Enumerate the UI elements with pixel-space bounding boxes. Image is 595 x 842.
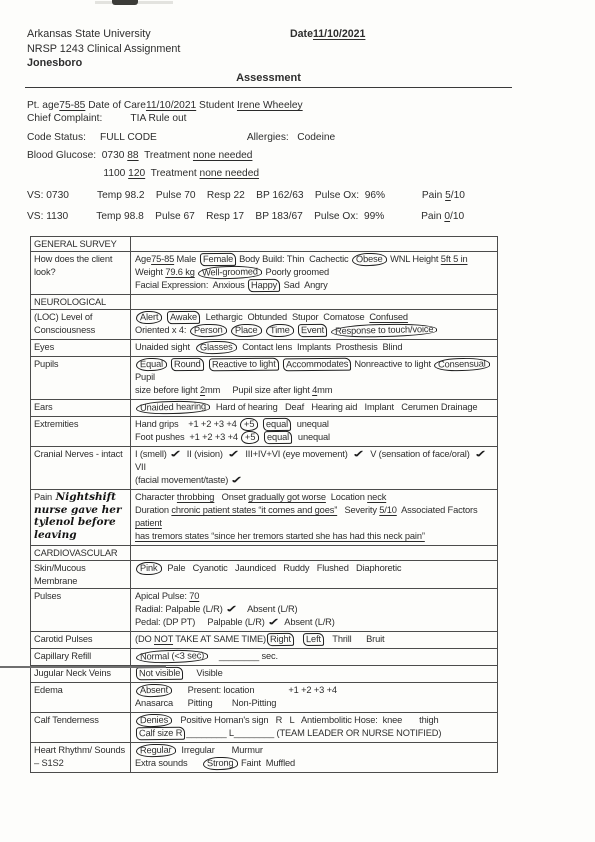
row-label-text: CARDIOVASCULAR [34,548,117,558]
circled-selection: Obese [352,253,387,266]
checkmark-icon: ✓ [351,448,367,462]
underlined-value: patient [135,518,162,528]
checkmark-icon: ✓ [473,448,489,462]
row-content: Hand grips +1 +2 +3 +4 +5 equal unequalF… [131,417,497,446]
content-line: Apical Pulse: 70 [135,590,495,603]
row-content: Unaided sight Glasses Contact lens Impla… [131,340,497,356]
row-content: Not visible Visible [131,666,497,682]
boxed-selection: equal [263,418,291,431]
row-pulses: PulsesApical Pulse: 70Radial: Palpable (… [31,589,497,632]
content-line: Anasarca Pitting Non-Pitting [135,697,495,710]
row-content: Pink Pale Cyanotic Jaundiced Ruddy Flush… [131,561,497,588]
row-label: Pain Nightshift nurse gave her tylenol b… [31,490,131,545]
code-status-line: Code Status: FULL CODE Allergies: Codein… [27,131,587,144]
row-label-text: Ears [34,402,53,412]
row-content [131,295,497,309]
text-segment [259,419,261,429]
text-segment: Thrill Bruit [325,634,384,644]
underlined-value: neck [367,492,386,502]
row-jugular-veins: Jugular Neck VeinsNot visible Visible [31,666,497,683]
circled-selection: Place [231,324,262,337]
content-line: Unaided sight Glasses Contact lens Impla… [135,341,495,354]
row-label-text: Eyes [34,342,54,352]
row-label: Pupils [31,357,131,399]
row-eyes: EyesUnaided sight Glasses Contact lens I… [31,340,497,357]
vitals-line-0730: VS: 0730 Temp 98.2 Pulse 70 Resp 22 BP 1… [27,189,587,202]
boxed-selection: Female [199,253,235,266]
row-heart-rhythm: Heart Rhythm/ Sounds – S1S2Regular Irreg… [31,743,497,772]
blood-glucose-line-0730: Blood Glucose: 0730 88 Treatment none ne… [27,149,587,162]
row-label-text: Skin/Mucous Membrane [34,563,86,586]
row-label: Calf Tenderness [31,713,131,742]
chief-complaint-line: Chief Complaint: TIA Rule out [27,112,587,125]
checkmark-icon: ✓ [223,603,239,617]
row-pain: Pain Nightshift nurse gave her tylenol b… [31,490,497,546]
circled-selection: Time [266,324,294,337]
row-calf-tenderness: Calf TendernessDenies Positive Homan's s… [31,713,497,743]
text-segment [261,432,263,442]
underlined-value: none needed [193,150,253,161]
row-content: Apical Pulse: 70Radial: Palpable (L/R)✓ … [131,589,497,631]
scanned-assessment-form: Arkansas State University NRSP 1243 Clin… [0,0,595,842]
content-line: Pink Pale Cyanotic Jaundiced Ruddy Flush… [135,562,495,575]
text-segment: Poorly groomed [263,267,329,277]
text-segment: VS: 0730 Temp 98.2 Pulse 70 Resp 22 BP 1… [27,190,445,201]
row-content: (DO NOT TAKE AT SAME TIME)Right Left Thr… [131,632,497,648]
text-segment: unequal [293,432,330,442]
row-label: CARDIOVASCULAR [31,546,131,560]
content-line: Regular Irregular Murmur [135,744,495,757]
text-segment: Student [196,100,237,111]
row-cardiovascular: CARDIOVASCULAR [31,546,497,561]
row-label: Extremities [31,417,131,446]
text-segment: Present: location +1 +2 +3 +4 [173,685,337,695]
text-segment: Oriented x 4: [135,325,189,335]
text-segment [294,325,296,335]
content-line: Not visible Visible [135,667,495,680]
text-segment: III+IV+VI (eye movement) [243,449,350,459]
text-segment: ________ L________ (TEAM LEADER OR NURSE… [186,728,441,738]
content-line: Alert Awake Lethargic Obtunded Stupor Co… [135,311,495,324]
row-label: Pulses [31,589,131,631]
content-line: Radial: Palpable (L/R)✓ Absent (L/R) [135,603,495,616]
text-segment: Sad Angry [281,280,327,290]
underlined-value: 79.6 kg [165,267,194,277]
content-line: Calf size R________ L________ (TEAM LEAD… [135,727,495,740]
row-content: Age75-85 Male Female Body Build: Thin Ca… [131,252,497,294]
text-segment: Pt. age [27,100,59,111]
circled-selection: Absent [136,684,172,697]
checkmark-icon: ✓ [229,474,245,488]
content-line: Oriented x 4: Person Place Time Event Re… [135,324,495,337]
row-label-text: Calf Tenderness [34,715,99,725]
text-segment [279,359,281,369]
row-label-text: Heart Rhythm/ Sounds – S1S2 [34,745,125,768]
content-line: Foot pushes +1 +2 +3 +4 +5 equal unequal [135,431,495,444]
row-content [131,546,497,560]
content-line: Denies Positive Homan's sign R L Antiemb… [135,714,495,727]
content-line: Absent Present: location +1 +2 +3 +4 [135,684,495,697]
circled-selection: Response to touch/voice [331,323,438,338]
text-segment: ________ sec. [209,651,278,661]
text-segment: 1100 [27,168,128,179]
text-segment: Chief Complaint: TIA Rule out [27,113,187,124]
row-content: Equal Round Reactive to light Accommodat… [131,357,497,399]
row-general-survey: GENERAL SURVEY [31,237,497,252]
text-segment: Date of Care [85,100,146,111]
underlined-value: throbbing [177,492,214,502]
text-segment: Treatment [139,150,193,161]
text-segment: Anasarca Pitting Non-Pitting [135,698,276,708]
underlined-value: 120 [128,168,145,179]
checkmark-icon: ✓ [266,616,282,630]
row-pupils: PupilsEqual Round Reactive to light Acco… [31,357,497,400]
patient-info-line: Pt. age75-85 Date of Care11/10/2021 Stud… [27,99,587,112]
text-segment: II (vision) [184,449,225,459]
row-extremities: ExtremitiesHand grips +1 +2 +3 +4 +5 equ… [31,417,497,447]
content-line: Hand grips +1 +2 +3 +4 +5 equal unequal [135,418,495,431]
info-block: Pt. age75-85 Date of Care11/10/2021 Stud… [27,99,587,223]
underlined-value: gradually got worse [248,492,326,502]
content-line: (DO NOT TAKE AT SAME TIME)Right Left Thr… [135,633,495,646]
text-segment: size before light [135,385,200,395]
content-line: Weight 79.6 kg Well-groomed Poorly groom… [135,266,495,279]
text-segment: Facial Expression: Anxious [135,280,247,290]
underlined-value: none needed [200,168,260,179]
underlined-value: 70 [189,591,199,601]
row-label-text: NEUROLOGICAL [34,297,106,307]
circled-selection: +5 [241,431,260,444]
text-segment: V (sensation of face/oral) [368,449,472,459]
text-segment: Weight [135,267,165,277]
row-label-text: Extremities [34,419,78,429]
text-segment [227,325,229,335]
row-content: Character throbbing Onset gradually got … [131,490,497,545]
date-field: Date11/10/2021 [290,28,365,40]
row-label: Carotid Pulses [31,632,131,648]
row-label: Jugular Neck Veins [31,666,131,682]
underlined-value: chronic patient states “it comes and goe… [171,505,337,515]
assessment-table: GENERAL SURVEYHow does the client look?A… [30,236,498,773]
text-segment: Duration [135,505,171,515]
text-segment: Extra sounds [135,758,202,768]
text-segment: VS: 1130 Temp 98.8 Pulse 67 Resp 17 BP 1… [27,211,444,222]
text-segment: Pale Cyanotic Jaundiced Ruddy Flushed Di… [163,563,402,573]
text-segment: Blood Glucose: 0730 [27,150,127,161]
text-segment: Absent (L/R) [240,604,297,614]
circled-selection: Consensual [434,357,490,371]
row-label: Capillary Refill [31,649,131,665]
circled-selection: Equal [136,358,167,371]
row-ears: EarsUnaided hearing Hard of hearing Deaf… [31,400,497,417]
circled-selection: Alert [136,311,163,324]
underlined-value: NOT [154,634,173,644]
underlined-value: 88 [127,150,138,161]
row-label: Ears [31,400,131,416]
row-content: Denies Positive Homan's sign R L Antiemb… [131,713,497,742]
circled-selection: Regular [136,744,176,757]
text-segment: (facial movement/taste) [135,475,228,485]
text-segment: TAKE AT SAME TIME) [173,634,266,644]
boxed-selection: Round [171,358,204,371]
boxed-selection: Event [298,324,327,337]
text-segment: Pedal: (DP PT) Palpable (L/R) [135,617,265,627]
row-label: Cranial Nerves - intact [31,447,131,489]
row-label-text: Pupils [34,359,58,369]
blood-glucose-line-1100: 1100 120 Treatment none needed [27,167,587,180]
circled-selection: Glasses [196,341,237,354]
content-line: (facial movement/taste)✓ [135,474,495,487]
checkmark-icon: ✓ [167,448,183,462]
campus-name: Jonesboro [27,56,180,71]
boxed-selection: Right [267,633,294,646]
text-segment: mm Pupil size after light [205,385,312,395]
text-segment [295,634,302,644]
content-line: I (smell)✓ II (vision) ✓ III+IV+VI (eye … [135,448,495,474]
row-content: Absent Present: location +1 +2 +3 +4Anas… [131,683,497,712]
row-label: (LOC) Level of Consciousness [31,310,131,339]
form-header: Arkansas State University NRSP 1243 Clin… [27,27,180,71]
boxed-selection: Not visible [136,667,183,680]
text-segment: (DO [135,634,154,644]
text-segment: Foot pushes +1 +2 +3 +4 [135,432,240,442]
row-label-text: Cranial Nerves - intact [34,449,123,459]
content-line: Facial Expression: Anxious Happy Sad Ang… [135,279,495,292]
text-segment: Positive Homan's sign R L Antiembolitic … [173,715,439,725]
row-label-text: Pain [34,492,52,502]
text-segment [163,312,165,322]
row-capillary-refill: Capillary RefillNormal (<3 sec) ________… [31,649,497,666]
circled-selection: Well-groomed [198,265,262,279]
row-edema: EdemaAbsent Present: location +1 +2 +3 +… [31,683,497,713]
row-neurological: NEUROLOGICAL [31,295,497,310]
boxed-selection: Left [303,633,324,646]
text-segment: I (smell) [135,449,167,459]
text-segment: Code Status: FULL CODE Allergies: Codein… [27,132,335,143]
row-content: Unaided hearing Hard of hearing Deaf Hea… [131,400,497,416]
row-content: Regular Irregular MurmurExtra sounds Str… [131,743,497,772]
row-content: Normal (<3 sec) ________ sec. [131,649,497,665]
row-content: I (smell)✓ II (vision) ✓ III+IV+VI (eye … [131,447,497,489]
text-segment [328,325,330,335]
text-segment: Visible [184,668,222,678]
content-line: size before light 2mm Pupil size after l… [135,384,495,397]
row-label-text: Jugular Neck Veins [34,668,111,678]
row-label: Heart Rhythm/ Sounds – S1S2 [31,743,131,772]
row-label: GENERAL SURVEY [31,237,131,251]
row-label-text: Pulses [34,591,61,601]
row-label: How does the client look? [31,252,131,294]
boxed-selection: Calf size R [136,727,185,740]
scan-mark-artifact [112,0,138,5]
row-content: Alert Awake Lethargic Obtunded Stupor Co… [131,310,497,339]
circled-selection: Pink [136,562,162,575]
row-label-text: GENERAL SURVEY [34,239,117,249]
form-title: Assessment [25,72,512,88]
text-segment [195,267,197,277]
text-segment: Contact lens Implants Prosthesis Blind [237,342,402,352]
row-loc: (LOC) Level of ConsciousnessAlert Awake … [31,310,497,340]
text-segment [205,359,207,369]
row-label-text: Carotid Pulses [34,634,92,644]
underlined-value: has tremors states “since her tremors st… [135,531,425,541]
school-name: Arkansas State University [27,27,180,42]
row-label: NEUROLOGICAL [31,295,131,309]
text-segment: Associated Factors [397,505,480,515]
boxed-selection: Awake [167,311,200,324]
content-line: Pedal: (DP PT) Palpable (L/R)✓ Absent (L… [135,616,495,629]
underlined-value: Irene Wheeley [237,100,303,111]
row-label: Skin/Mucous Membrane [31,561,131,588]
row-cranial-nerves: Cranial Nerves - intactI (smell)✓ II (vi… [31,447,497,490]
content-line: Extra sounds Strong Faint Muffled [135,757,495,770]
text-segment: Irregular Murmur [177,745,263,755]
course-name: NRSP 1243 Clinical Assignment [27,42,180,57]
text-segment: Radial: Palpable (L/R) [135,604,223,614]
circled-selection: Unaided hearing [136,400,210,414]
boxed-selection: Reactive to light [208,358,278,371]
row-content [131,237,497,251]
row-label-text: Edema [34,685,63,695]
circled-selection: +5 [240,418,259,431]
text-segment: Unaided sight [135,342,195,352]
checkmark-icon: ✓ [226,448,242,462]
scan-line-artifact [0,666,166,668]
text-segment: Character [135,492,177,502]
text-segment: /10 [451,190,465,201]
form-title-text: Assessment [236,72,301,84]
content-line: Character throbbing Onset gradually got … [135,491,495,504]
boxed-selection: Happy [248,279,280,292]
row-label-text: How does the client look? [34,254,112,277]
row-label: Eyes [31,340,131,356]
row-label-text: (LOC) Level of Consciousness [34,312,95,335]
underlined-value: 5/10 [379,505,397,515]
row-label: Edema [31,683,131,712]
text-segment: /10 [450,211,464,222]
row-label-text: Capillary Refill [34,651,91,661]
content-line: Duration chronic patient states “it come… [135,504,495,530]
underlined-value: 75-85 [59,100,85,111]
text-segment: Faint Muffled [239,758,296,768]
vitals-line-1130: VS: 1130 Temp 98.8 Pulse 67 Resp 17 BP 1… [27,210,587,223]
underlined-value: 11/10/2021 [146,100,196,111]
content-line: has tremors states “since her tremors st… [135,530,495,543]
text-segment: Treatment [145,168,199,179]
text-segment: Location [326,492,367,502]
text-segment: Lethargic Obtunded Stupor Comatose [201,312,370,322]
content-line: Equal Round Reactive to light Accommodat… [135,358,495,384]
circled-selection: Normal (<3 sec) [136,649,208,663]
content-line: Normal (<3 sec) ________ sec. [135,650,495,663]
text-segment: Severity [337,505,379,515]
text-segment: Hard of hearing Deaf Hearing aid Implant… [211,402,477,412]
row-carotid-pulses: Carotid Pulses(DO NOT TAKE AT SAME TIME)… [31,632,497,649]
boxed-selection: equal [264,431,292,444]
date-value: 11/10/2021 [313,28,365,40]
underlined-value: Confused [369,312,408,322]
text-segment: Absent (L/R) [282,617,334,627]
boxed-selection: Accommodates [283,358,351,371]
row-skin-mucous: Skin/Mucous MembranePink Pale Cyanotic J… [31,561,497,589]
text-segment: Onset [214,492,248,502]
text-segment: Age [135,254,151,264]
circled-selection: Person [190,324,227,337]
text-segment: Hand grips +1 +2 +3 +4 [135,419,239,429]
text-segment: mm [317,385,332,395]
text-segment: unequal [292,419,329,429]
text-segment: WNL Height [388,254,441,264]
content-line: Unaided hearing Hard of hearing Deaf Hea… [135,401,495,414]
row-appearance: How does the client look?Age75-85 Male F… [31,252,497,295]
date-label: Date [290,28,313,40]
underlined-value: 75-85 [151,254,174,264]
content-line: Age75-85 Male Female Body Build: Thin Ca… [135,253,495,266]
circled-selection: Strong [203,757,238,770]
text-segment: Male [174,254,198,264]
text-segment [262,325,264,335]
underlined-value: 5ft 5 in [441,254,468,264]
text-segment: Apical Pulse: [135,591,189,601]
circled-selection: Denies [136,714,172,727]
text-segment: Body Build: Thin Cachectic [237,254,351,264]
text-segment: Nonreactive to light [352,359,433,369]
